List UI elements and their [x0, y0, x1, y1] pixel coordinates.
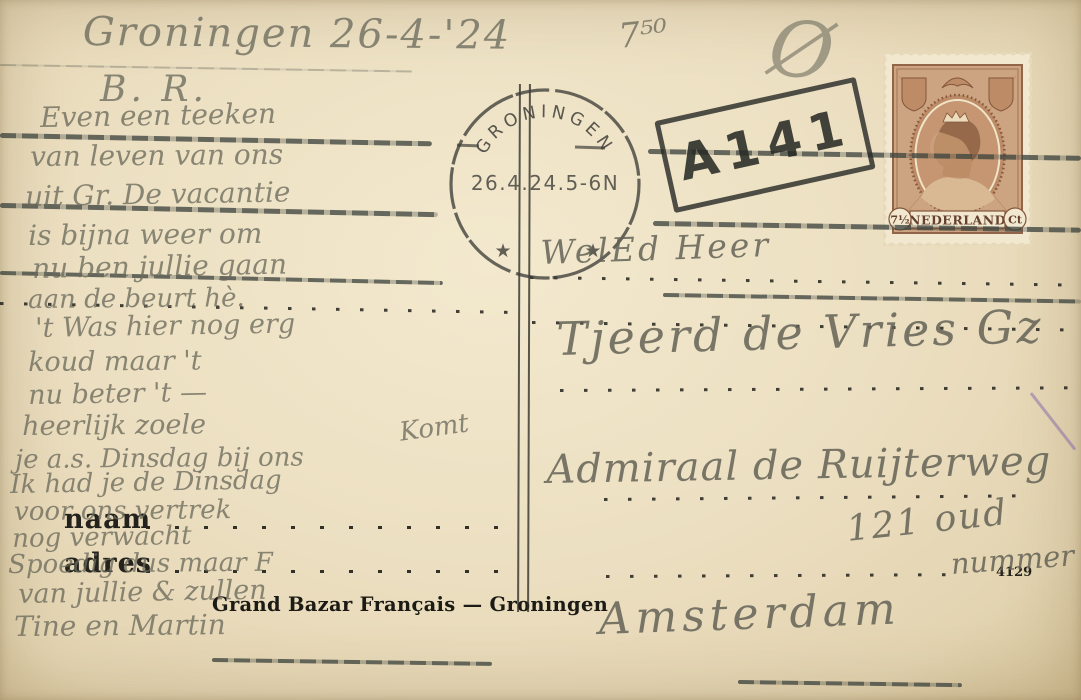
message-line: Spoedig dus maar F	[8, 550, 273, 578]
message-line: Ik had je de Dinsdag	[10, 467, 282, 498]
address-name: Tjeerd de Vries Gz	[556, 303, 1044, 362]
pencil-price: 7⁵⁰	[617, 15, 669, 54]
message-line: van leven van ons	[30, 141, 283, 171]
message-line: nu beter 't —	[28, 379, 207, 409]
message-dateline: Groningen 26-4-'24	[83, 12, 512, 56]
message-line: uit Gr. De vacantie	[25, 178, 291, 211]
postmark-city: GRONINGEN	[472, 102, 618, 158]
publisher-imprint: Grand Bazar Français — Groningen	[212, 595, 608, 615]
right-shield-ornament	[989, 78, 1013, 111]
postage-stamp: NEDERLAND 7½ Ct	[883, 52, 1032, 246]
message-line: is bijna weer om	[28, 220, 262, 250]
postmark-star-left: ★	[494, 240, 511, 262]
address-house-number: 121 oud	[845, 495, 1010, 548]
message-line: Tine en Martin	[14, 611, 226, 641]
message-side-note: Komt	[398, 410, 470, 445]
stamp-unit: Ct	[1008, 214, 1023, 227]
dotted-rule	[560, 386, 1081, 392]
message-line: aan de beurt hè.	[28, 285, 245, 313]
routing-handstamp: A141	[654, 77, 875, 213]
message-line: van jullie & zullen	[18, 577, 267, 608]
address-number-note: nummer	[950, 541, 1075, 579]
message-line: nu ben jullie gaan	[32, 251, 287, 283]
cancel-bar	[212, 658, 492, 666]
message-line: Even een teeken	[40, 100, 276, 132]
pencil-oval-mark: Ø	[764, 8, 838, 94]
postcard-back: naam adres Grand Bazar Français — Gronin…	[0, 0, 1081, 700]
postmark-datetime: 26.4.24.5-6N	[471, 171, 619, 195]
address-city: Amsterdam	[598, 587, 901, 642]
address-honorific: WelEd Heer	[540, 228, 772, 269]
message-line: koud maar 't	[28, 347, 202, 376]
dotted-rule	[606, 573, 962, 578]
name-dotted-rule	[146, 526, 500, 529]
cancel-bar	[738, 680, 962, 687]
left-shield-ornament	[902, 78, 926, 111]
message-line: heerlijk zoele	[22, 411, 206, 440]
address-street: Admiraal de Ruijterweg	[546, 441, 1052, 490]
svg-text:GRONINGEN: GRONINGEN	[472, 102, 618, 158]
message-line: voor ons vertrek	[14, 497, 231, 525]
message-line: 't Was hier nog erg	[35, 310, 295, 342]
